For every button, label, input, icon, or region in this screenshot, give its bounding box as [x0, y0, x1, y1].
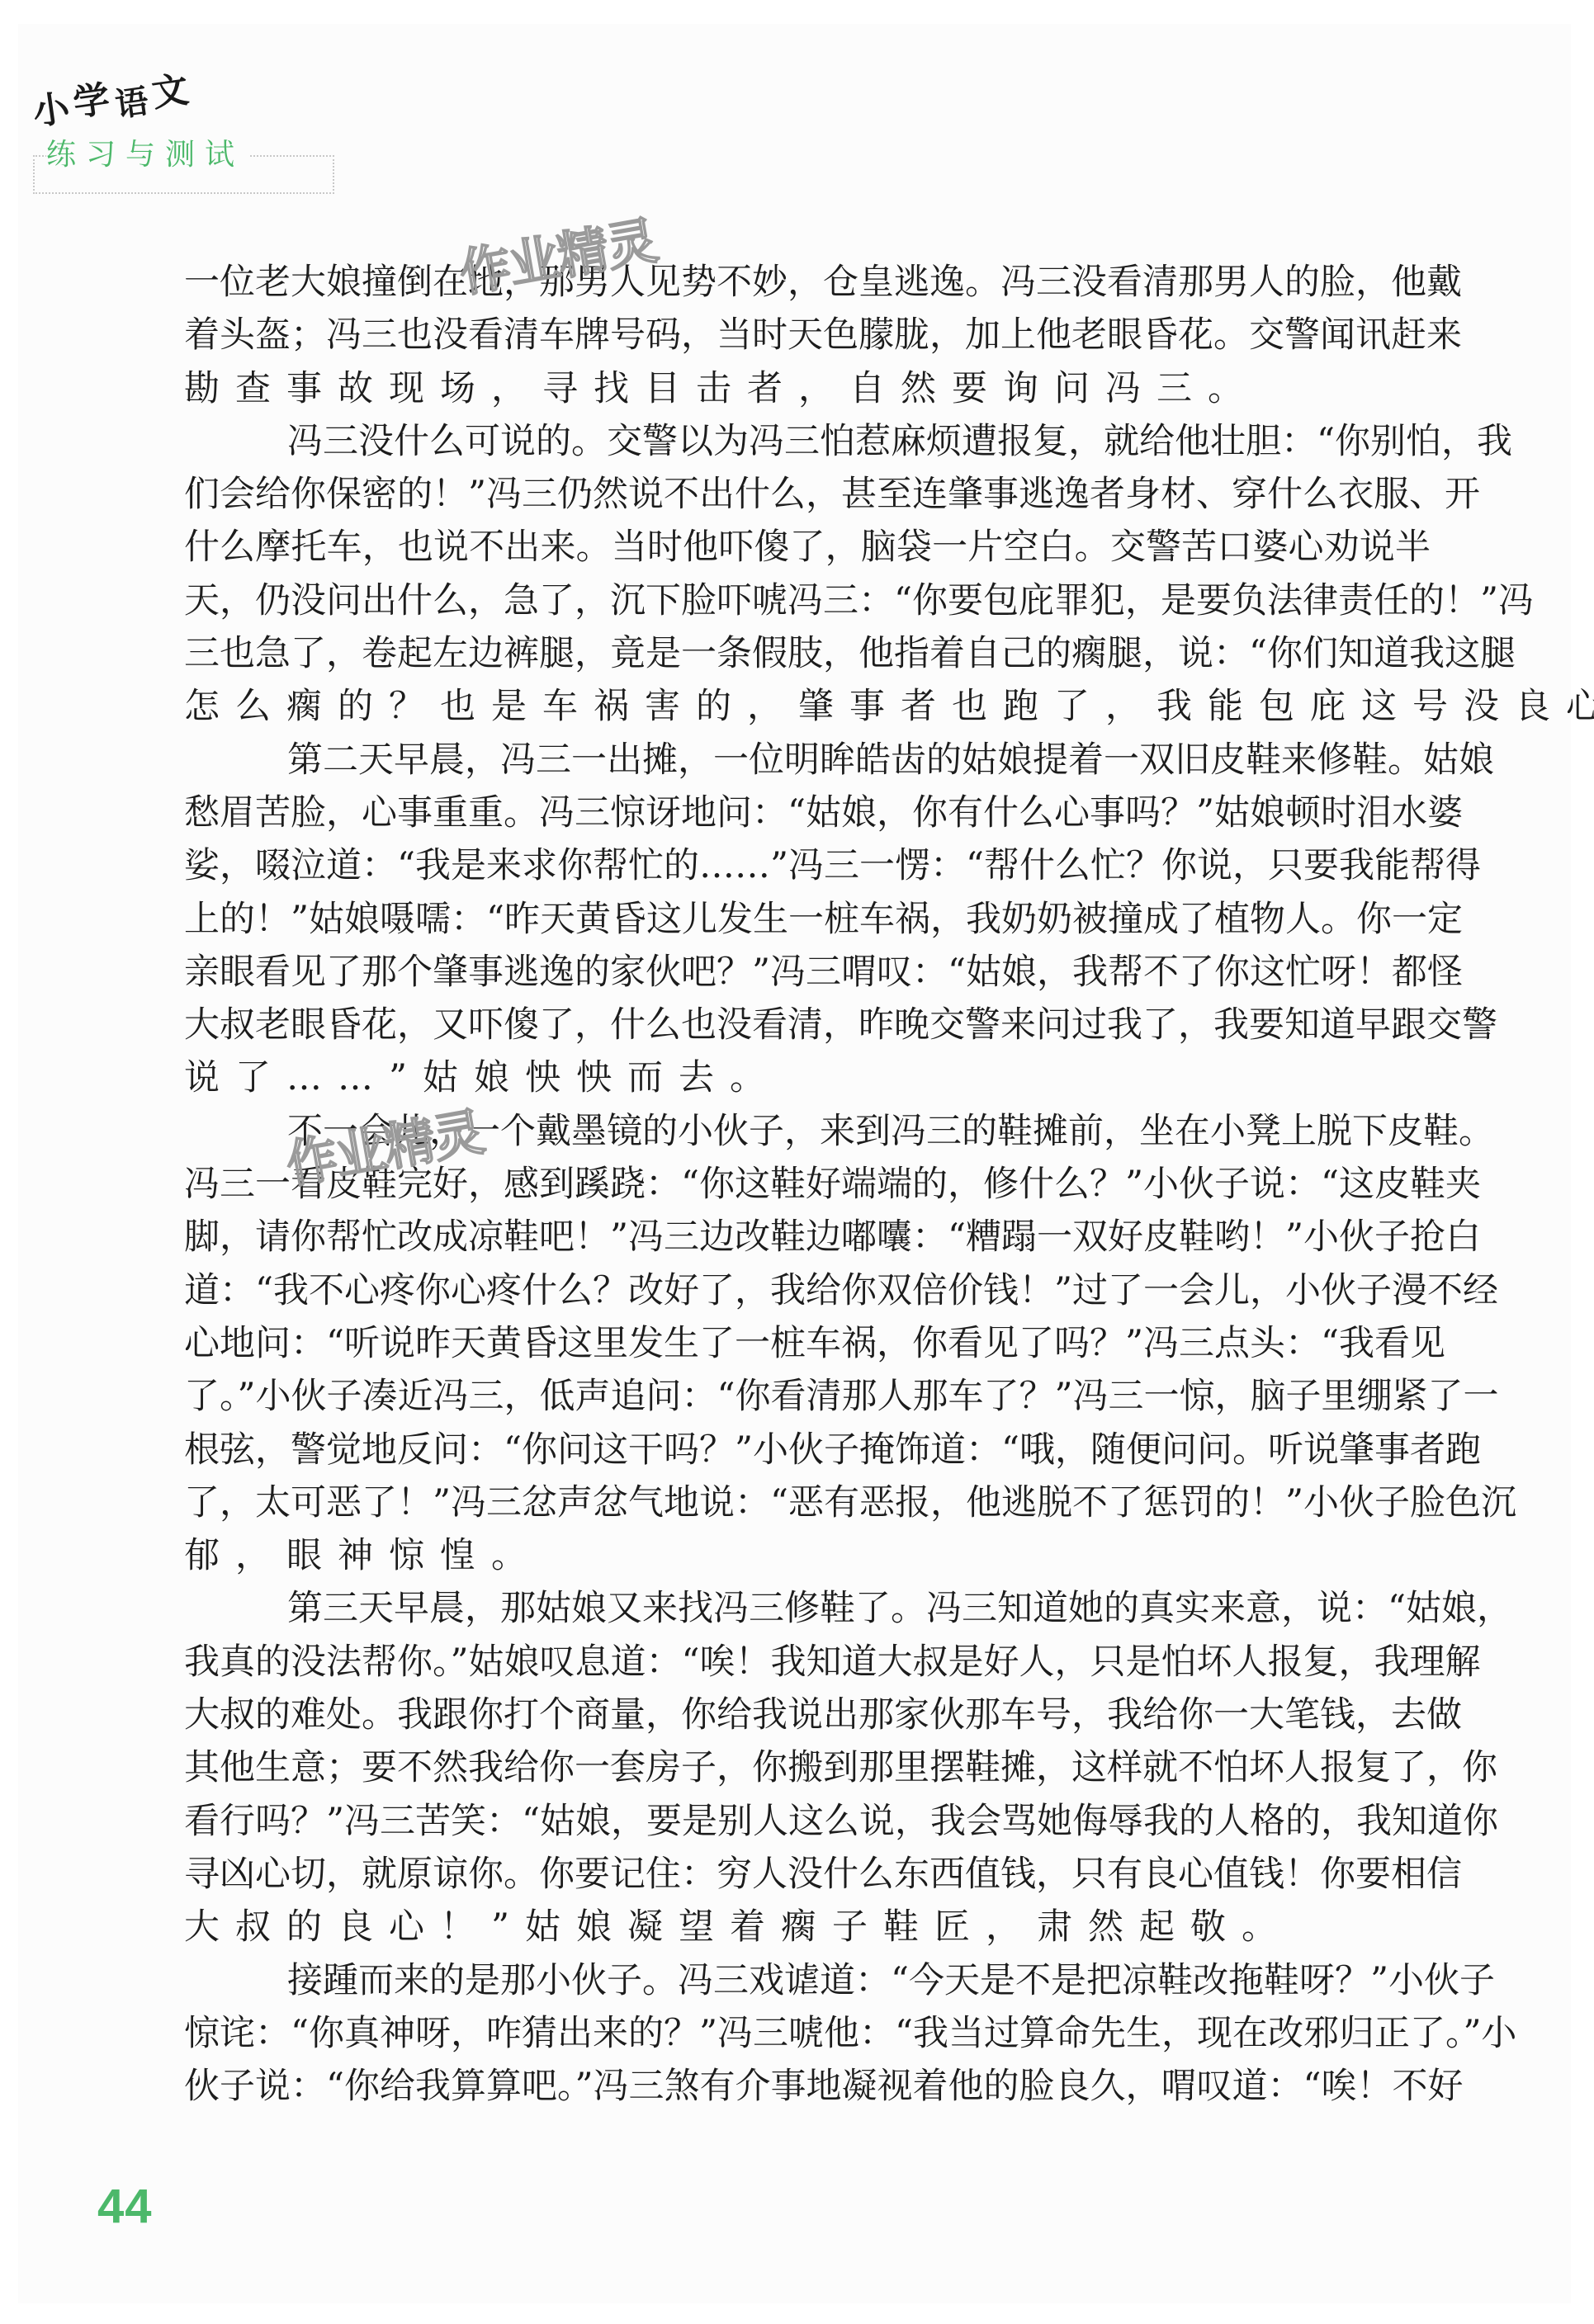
line-text: 一位老大娘撞倒在地，那男人见势不妙，仓皇逃逸。冯三没看清那男人的脸，他戴 — [184, 256, 1431, 309]
text-line: 我真的没法帮你。”姑娘叹息道：“唉！我知道大叔是好人，只是怕坏人报复，我理解 — [184, 1636, 1431, 1689]
line-text: 大叔老眼昏花，又吓傻了，什么也没看清，昨晚交警来问过我了，我要知道早跟交警 — [184, 999, 1431, 1051]
text-line: 勘查事故现场，寻找目击者，自然要询问冯三。 — [184, 362, 1431, 415]
series-title-char: 文 — [148, 59, 196, 116]
line-text: 冯三一看皮鞋完好，感到蹊跷：“你这鞋好端端的，修什么？”小伙子说：“这皮鞋夹 — [184, 1158, 1431, 1211]
text-line: 第二天早晨，冯三一出摊，一位明眸皓齿的姑娘提着一双旧皮鞋来修鞋。姑娘 — [184, 734, 1431, 786]
text-line: 说了……”姑娘怏怏而去。 — [184, 1051, 1431, 1104]
text-line: 大叔老眼昏花，又吓傻了，什么也没看清，昨晚交警来问过我了，我要知道早跟交警 — [184, 999, 1431, 1051]
text-line: 大叔的难处。我跟你打个商量，你给我说出那家伙那车号，我给你一大笔钱，去做 — [184, 1689, 1431, 1741]
line-text: 们会给你保密的！”冯三仍然说不出什么，甚至连肇事逃逸者身材、穿什么衣服、开 — [184, 468, 1431, 521]
line-text: 三也急了，卷起左边裤腿，竟是一条假肢，他指着自己的瘸腿，说：“你们知道我这腿 — [184, 627, 1431, 680]
line-text: 娑，啜泣道：“我是来求你帮忙的……”冯三一愣：“帮什么忙？你说，只要我能帮得 — [184, 839, 1431, 892]
text-line: 第三天早晨，那姑娘又来找冯三修鞋了。冯三知道她的真实来意，说：“姑娘， — [184, 1582, 1431, 1635]
line-text: 其他生意；要不然我给你一套房子，你搬到那里摆鞋摊，这样就不怕坏人报复了，你 — [184, 1741, 1431, 1794]
line-text: 勘查事故现场，寻找目击者，自然要询问冯三。 — [184, 362, 1431, 415]
line-text: 了。”小伙子凑近冯三，低声追问：“你看清那人那车了？”冯三一惊，脑子里绷紧了一 — [184, 1370, 1431, 1423]
text-line: 郁，眼神惊惶。 — [184, 1529, 1431, 1582]
paragraph: 冯三没什么可说的。交警以为冯三怕惹麻烦遭报复，就给他壮胆：“你别怕，我们会给你保… — [184, 415, 1431, 734]
paragraph: 第二天早晨，冯三一出摊，一位明眸皓齿的姑娘提着一双旧皮鞋来修鞋。姑娘愁眉苦脸，心… — [184, 734, 1431, 1105]
series-title-char: 学 — [69, 68, 117, 126]
paragraph: 第三天早晨，那姑娘又来找冯三修鞋了。冯三知道她的真实来意，说：“姑娘，我真的没法… — [184, 1582, 1431, 1953]
text-line: 伙子说：“你给我算算吧。”冯三煞有介事地凝视着他的脸良久，喟叹道：“唉！不好 — [184, 2060, 1431, 2113]
line-text: 大叔的良心！”姑娘凝望着瘸子鞋匠，肃然起敬。 — [184, 1901, 1431, 1953]
line-text: 心地问：“听说昨天黄昏这里发生了一桩车祸，你看见了吗？”冯三点头：“我看见 — [184, 1317, 1431, 1370]
line-text: 了，太可恶了！”冯三忿声忿气地说：“恶有恶报，他逃脱不了惩罚的！”小伙子脸色沉 — [184, 1476, 1431, 1529]
line-text: 脚，请你帮忙改成凉鞋吧！”冯三边改鞋边嘟囔：“糟蹋一双好皮鞋哟！”小伙子抢白 — [184, 1211, 1431, 1264]
text-line: 不一会儿，一个戴墨镜的小伙子，来到冯三的鞋摊前，坐在小凳上脱下皮鞋。 — [184, 1105, 1431, 1158]
series-title-char: 小 — [29, 78, 77, 135]
line-text: 寻凶心切，就原谅你。你要记住：穷人没什么东西值钱，只有良心值钱！你要相信 — [184, 1848, 1431, 1901]
text-line: 了，太可恶了！”冯三忿声忿气地说：“恶有恶报，他逃脱不了惩罚的！”小伙子脸色沉 — [184, 1476, 1431, 1529]
text-line: 三也急了，卷起左边裤腿，竟是一条假肢，他指着自己的瘸腿，说：“你们知道我这腿 — [184, 627, 1431, 680]
series-subtitle: 练习与测试 — [46, 137, 249, 173]
line-text: 天，仍没问出什么，急了，沉下脸吓唬冯三：“你要包庇罪犯，是要负法律责任的！”冯 — [184, 574, 1431, 627]
text-line: 惊诧：“你真神呀，咋猜出来的？”冯三唬他：“我当过算命先生，现在改邪归正了。”小 — [184, 2007, 1431, 2060]
line-text: 接踵而来的是那小伙子。冯三戏谑道：“今天是不是把凉鞋改拖鞋呀？”小伙子 — [287, 1954, 1327, 2007]
line-text: 郁，眼神惊惶。 — [184, 1529, 1431, 1582]
text-line: 娑，啜泣道：“我是来求你帮忙的……”冯三一愣：“帮什么忙？你说，只要我能帮得 — [184, 839, 1431, 892]
line-text: 看行吗？”冯三苦笑：“姑娘，要是别人这么说，我会骂她侮辱我的人格的，我知道你 — [184, 1795, 1431, 1848]
text-line: 什么摩托车，也说不出来。当时他吓傻了，脑袋一片空白。交警苦口婆心劝说半 — [184, 521, 1431, 574]
line-text: 第二天早晨，冯三一出摊，一位明眸皓齿的姑娘提着一双旧皮鞋来修鞋。姑娘 — [287, 734, 1327, 786]
line-text: 大叔的难处。我跟你打个商量，你给我说出那家伙那车号，我给你一大笔钱，去做 — [184, 1689, 1431, 1741]
text-line: 根弦，警觉地反问：“你问这干吗？”小伙子掩饰道：“哦，随便问问。听说肇事者跑 — [184, 1424, 1431, 1476]
line-text: 怎么瘸的？也是车祸害的，肇事者也跑了，我能包庇这号没良心的人吗？” — [184, 680, 1431, 733]
text-line: 其他生意；要不然我给你一套房子，你搬到那里摆鞋摊，这样就不怕坏人报复了，你 — [184, 1741, 1431, 1794]
text-line: 接踵而来的是那小伙子。冯三戏谑道：“今天是不是把凉鞋改拖鞋呀？”小伙子 — [184, 1954, 1431, 2007]
text-line: 上的！”姑娘嗫嚅：“昨天黄昏这儿发生一桩车祸，我奶奶被撞成了植物人。你一定 — [184, 893, 1431, 946]
text-line: 心地问：“听说昨天黄昏这里发生了一桩车祸，你看见了吗？”冯三点头：“我看见 — [184, 1317, 1431, 1370]
text-line: 寻凶心切，就原谅你。你要记住：穷人没什么东西值钱，只有良心值钱！你要相信 — [184, 1848, 1431, 1901]
line-text: 道：“我不心疼你心疼什么？改好了，我给你双倍价钱！”过了一会儿，小伙子漫不经 — [184, 1264, 1431, 1317]
text-line: 脚，请你帮忙改成凉鞋吧！”冯三边改鞋边嘟囔：“糟蹋一双好皮鞋哟！”小伙子抢白 — [184, 1211, 1431, 1264]
line-text: 上的！”姑娘嗫嚅：“昨天黄昏这儿发生一桩车祸，我奶奶被撞成了植物人。你一定 — [184, 893, 1431, 946]
text-line: 冯三一看皮鞋完好，感到蹊跷：“你这鞋好端端的，修什么？”小伙子说：“这皮鞋夹 — [184, 1158, 1431, 1211]
text-line: 冯三没什么可说的。交警以为冯三怕惹麻烦遭报复，就给他壮胆：“你别怕，我 — [184, 415, 1431, 468]
text-line: 们会给你保密的！”冯三仍然说不出什么，甚至连肇事逃逸者身材、穿什么衣服、开 — [184, 468, 1431, 521]
paragraph: 接踵而来的是那小伙子。冯三戏谑道：“今天是不是把凉鞋改拖鞋呀？”小伙子惊诧：“你… — [184, 1954, 1431, 2114]
line-text: 伙子说：“你给我算算吧。”冯三煞有介事地凝视着他的脸良久，喟叹道：“唉！不好 — [184, 2060, 1431, 2113]
line-text: 什么摩托车，也说不出来。当时他吓傻了，脑袋一片空白。交警苦口婆心劝说半 — [184, 521, 1431, 574]
text-line: 一位老大娘撞倒在地，那男人见势不妙，仓皇逃逸。冯三没看清那男人的脸，他戴 — [184, 256, 1431, 309]
line-text: 第三天早晨，那姑娘又来找冯三修鞋了。冯三知道她的真实来意，说：“姑娘， — [287, 1582, 1327, 1635]
line-text: 冯三没什么可说的。交警以为冯三怕惹麻烦遭报复，就给他壮胆：“你别怕，我 — [287, 415, 1327, 468]
line-text: 惊诧：“你真神呀，咋猜出来的？”冯三唬他：“我当过算命先生，现在改邪归正了。”小 — [184, 2007, 1431, 2060]
text-line: 看行吗？”冯三苦笑：“姑娘，要是别人这么说，我会骂她侮辱我的人格的，我知道你 — [184, 1795, 1431, 1848]
text-line: 天，仍没问出什么，急了，沉下脸吓唬冯三：“你要包庇罪犯，是要负法律责任的！”冯 — [184, 574, 1431, 627]
line-text: 不一会儿，一个戴墨镜的小伙子，来到冯三的鞋摊前，坐在小凳上脱下皮鞋。 — [287, 1105, 1327, 1158]
paragraph: 一位老大娘撞倒在地，那男人见势不妙，仓皇逃逸。冯三没看清那男人的脸，他戴着头盔；… — [184, 256, 1431, 415]
line-text: 亲眼看见了那个肇事逃逸的家伙吧？”冯三喟叹：“姑娘，我帮不了你这忙呀！都怪 — [184, 946, 1431, 999]
text-line: 亲眼看见了那个肇事逃逸的家伙吧？”冯三喟叹：“姑娘，我帮不了你这忙呀！都怪 — [184, 946, 1431, 999]
page-number: 44 — [97, 2179, 153, 2234]
paragraph: 不一会儿，一个戴墨镜的小伙子，来到冯三的鞋摊前，坐在小凳上脱下皮鞋。冯三一看皮鞋… — [184, 1105, 1431, 1583]
article-body: 一位老大娘撞倒在地，那男人见势不妙，仓皇逃逸。冯三没看清那男人的脸，他戴着头盔；… — [184, 256, 1431, 2113]
line-text: 说了……”姑娘怏怏而去。 — [184, 1051, 1431, 1104]
text-line: 道：“我不心疼你心疼什么？改好了，我给你双倍价钱！”过了一会儿，小伙子漫不经 — [184, 1264, 1431, 1317]
line-text: 我真的没法帮你。”姑娘叹息道：“唉！我知道大叔是好人，只是怕坏人报复，我理解 — [184, 1636, 1431, 1689]
text-line: 愁眉苦脸，心事重重。冯三惊讶地问：“姑娘，你有什么心事吗？”姑娘顿时泪水婆 — [184, 786, 1431, 839]
line-text: 着头盔；冯三也没看清车牌号码，当时天色朦胧，加上他老眼昏花。交警闻讯赶来 — [184, 309, 1431, 361]
series-title-char: 语 — [112, 74, 156, 126]
text-line: 着头盔；冯三也没看清车牌号码，当时天色朦胧，加上他老眼昏花。交警闻讯赶来 — [184, 309, 1431, 361]
line-text: 愁眉苦脸，心事重重。冯三惊讶地问：“姑娘，你有什么心事吗？”姑娘顿时泪水婆 — [184, 786, 1431, 839]
line-text: 根弦，警觉地反问：“你问这干吗？”小伙子掩饰道：“哦，随便问问。听说肇事者跑 — [184, 1424, 1431, 1476]
text-line: 怎么瘸的？也是车祸害的，肇事者也跑了，我能包庇这号没良心的人吗？” — [184, 680, 1431, 733]
text-line: 了。”小伙子凑近冯三，低声追问：“你看清那人那车了？”冯三一惊，脑子里绷紧了一 — [184, 1370, 1431, 1423]
text-line: 大叔的良心！”姑娘凝望着瘸子鞋匠，肃然起敬。 — [184, 1901, 1431, 1953]
